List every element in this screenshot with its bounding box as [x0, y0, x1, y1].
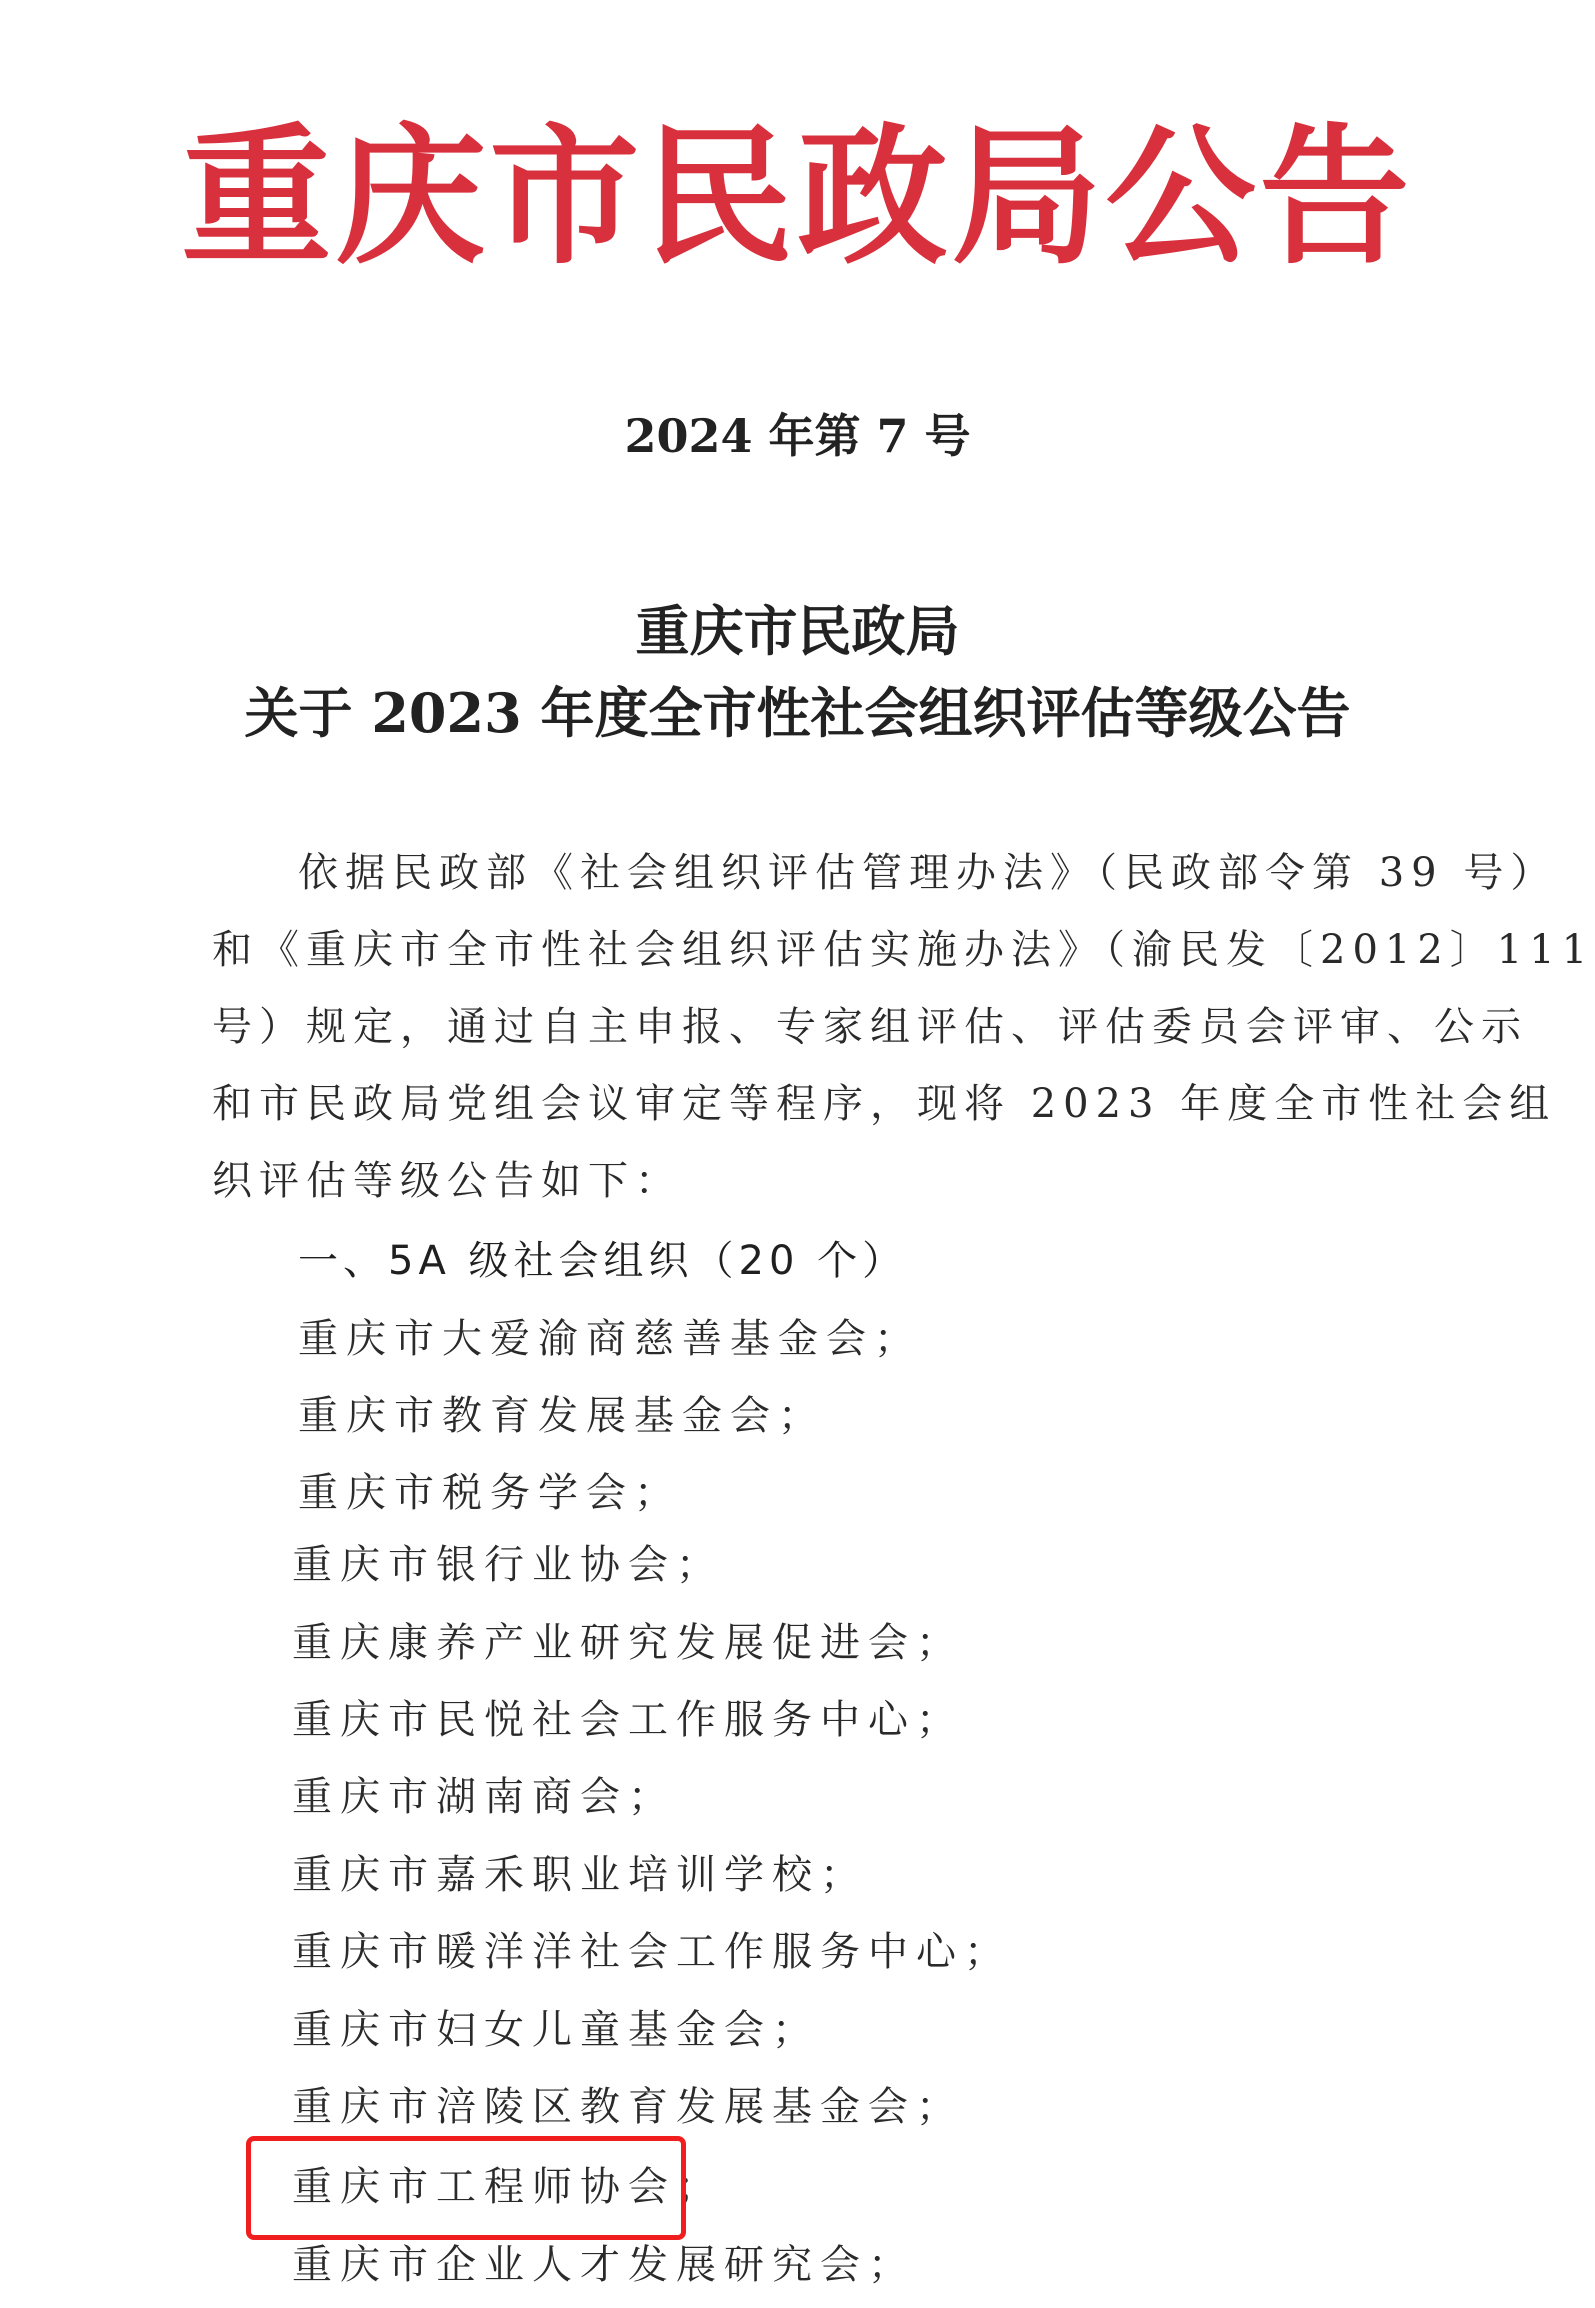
document-title-subject: 关于 2023 年度全市性社会组织评估等级公告	[0, 680, 1595, 746]
list-item: 重庆市嘉禾职业培训学校；	[292, 1850, 868, 1900]
body-line: 和《重庆市全市性社会组织评估实施办法》（渝民发〔2012〕111	[212, 925, 1392, 975]
body-line: 依据民政部《社会组织评估管理办法》（民政部令第 39 号）	[298, 848, 1478, 898]
list-item: 重庆市民悦社会工作服务中心；	[292, 1695, 964, 1745]
list-item: 重庆市妇女儿童基金会；	[292, 2005, 820, 2055]
list-item: 重庆康养产业研究发展促进会；	[292, 1618, 964, 1668]
body-line: 号）规定，通过自主申报、专家组评估、评估委员会评审、公示	[212, 1002, 1392, 1052]
list-item: 重庆市企业人才发展研究会；	[292, 2240, 916, 2290]
list-item: 重庆市暖洋洋社会工作服务中心；	[292, 1927, 1012, 1977]
document-title-issuer: 重庆市民政局	[0, 598, 1595, 664]
list-item: 重庆市涪陵区教育发展基金会；	[292, 2082, 964, 2132]
list-item: 重庆市湖南商会；	[292, 1772, 676, 1822]
list-item: 重庆市税务学会；	[298, 1468, 682, 1518]
list-item: 重庆市教育发展基金会；	[298, 1391, 826, 1441]
announcement-header-title: 重庆市民政局公告	[0, 112, 1595, 282]
highlight-box	[246, 2136, 686, 2240]
list-item: 重庆市银行业协会；	[292, 1540, 724, 1590]
section-heading-5a: 一、5A 级社会组织（20 个）	[298, 1236, 907, 1286]
body-line: 织评估等级公告如下：	[212, 1156, 1392, 1206]
body-line: 和市民政局党组会议审定等程序，现将 2023 年度全市性社会组	[212, 1079, 1392, 1129]
list-item: 重庆市大爱渝商慈善基金会；	[298, 1314, 922, 1364]
document-number: 2024 年第 7 号	[0, 408, 1595, 464]
